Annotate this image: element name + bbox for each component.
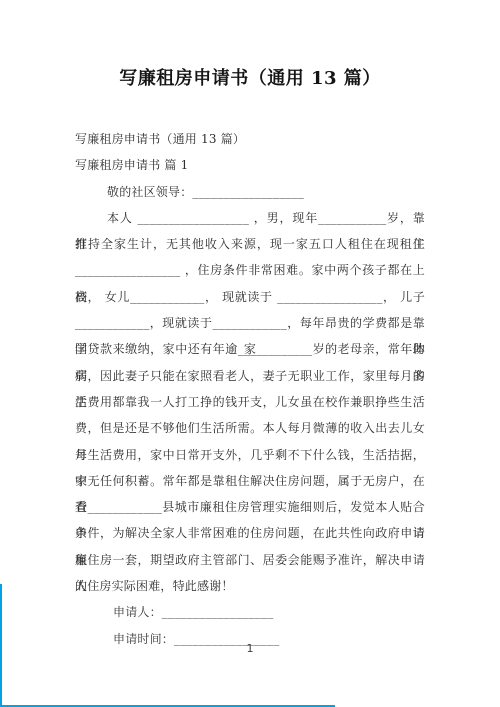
text-line: 写廉租房申请书 篇 1 [75,152,425,178]
text-line: 租住房一套，期望政府主管部门、居委会能赐予准许，解决申请人 [75,547,425,573]
text-line: ____________，现就读于____________，每年昂贵的学费都是靠… [75,310,425,336]
text-line: 的住房实际困难，特此感谢！ [75,573,425,599]
text-line: 月生活费用，家中日常开支外，几乎剩不下什么钱，生活拮据，家 [75,442,425,468]
text-line: 看____________县城市廉租住房管理实施细则后，发觉本人贴合申请 [75,494,425,520]
text-line: 敬的社区领导：__________________ [75,179,425,205]
text-line: 费，但是还是不够他们生活所需。本人每月微薄的收入出去儿女每 [75,415,425,441]
text-line: 维持全家生计，无其他收入来源，现一家五口人租住在现租住 [75,231,425,257]
document-title: 写廉租房申请书（通用 13 篇） [0,0,500,92]
text-line: 病，因此妻子只能在家照看老人，妻子无职业工作，家里每月的生 [75,363,425,389]
text-line: 校， 女儿____________， 现就读于 ________________… [75,284,425,310]
text-line: 活费用都靠我一人打工挣的钱开支，儿女虽在校作兼职挣些生活 [75,389,425,415]
page-number: 1 [0,642,500,655]
text-line: 本人 __________________ ，男，现年___________岁，… [75,205,425,231]
text-line: 申请人：__________________ [75,599,425,625]
left-edge-accent-line [0,584,2,707]
document-body: 写廉租房申请书（通用 13 篇）写廉租房申请书 篇 1敬的社区领导：______… [75,126,425,652]
text-line: _________________ ，住房条件非常困难。家中两个孩子都在上高 [75,257,425,283]
text-line: 写廉租房申请书（通用 13 篇） [75,126,425,152]
text-line: 条件，为解决全家人非常困难的住房问题，在此共性向政府申请廉 [75,520,425,546]
text-line: 中无任何积蓄。常年都是靠租住解决住房问题，属于无房户，在查 [75,468,425,494]
text-line: 学贷款来缴纳，家中还有年逾____________岁的老母亲，常年体弱多 [75,336,425,362]
document-page: 写廉租房申请书（通用 13 篇） 写廉租房申请书（通用 13 篇）写廉租房申请书… [0,0,500,707]
